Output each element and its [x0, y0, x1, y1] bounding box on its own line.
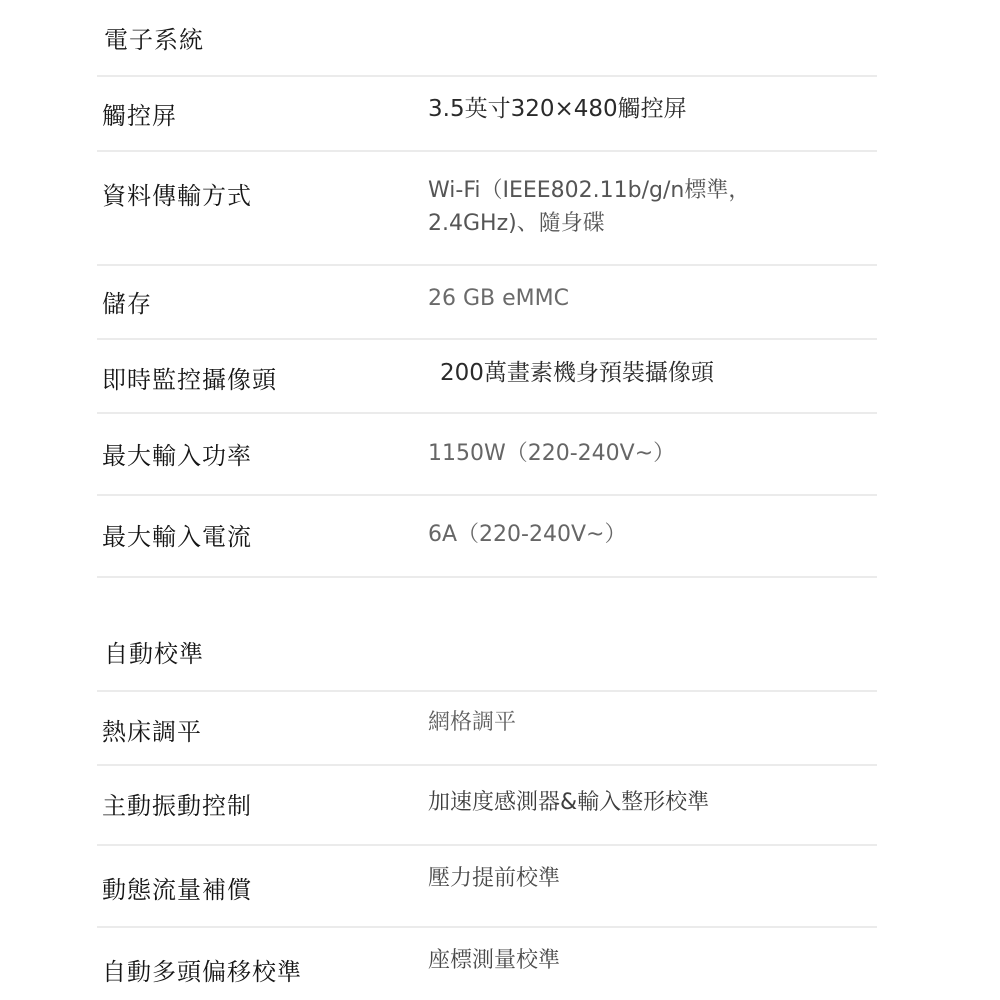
spec-label-data-transfer: 資料傳輸方式: [102, 176, 252, 211]
divider: [97, 412, 877, 414]
spec-label-max-current: 最大輸入電流: [102, 517, 252, 552]
divider: [97, 338, 877, 340]
spec-value-camera: 200萬畫素機身預裝攝像頭: [440, 356, 714, 390]
spec-value-vibration-control: 加速度感測器&輸入整形校準: [428, 786, 709, 820]
spec-label-bed-leveling: 熱床調平: [102, 712, 202, 747]
spec-label-vibration-control: 主動振動控制: [102, 786, 252, 821]
spec-value-storage: 26 GB eMMC: [428, 282, 569, 316]
spec-label-camera: 即時監控攝像頭: [102, 360, 277, 395]
spec-label-touchscreen: 觸控屏: [102, 96, 177, 131]
spec-value-data-transfer-line2: 2.4GHz)、隨身碟: [428, 207, 605, 241]
divider: [97, 150, 877, 152]
spec-label-flow-compensation: 動態流量補償: [102, 870, 252, 905]
spec-label-multi-head-offset: 自動多頭偏移校準: [102, 952, 302, 987]
spec-label-storage: 儲存: [102, 284, 152, 319]
spec-value-bed-leveling: 網格調平: [428, 706, 516, 740]
spec-label-max-power: 最大輸入功率: [102, 436, 252, 471]
divider: [97, 690, 877, 692]
divider: [97, 844, 877, 846]
spec-value-flow-compensation: 壓力提前校準: [428, 862, 560, 896]
section-title-auto-calibration: 自動校準: [104, 634, 204, 669]
spec-sheet: 電子系統 觸控屏 3.5英寸320×480觸控屏 資料傳輸方式 Wi-Fi（IE…: [0, 0, 1000, 1000]
divider: [97, 926, 877, 928]
spec-value-max-power: 1150W（220-240V~）: [428, 437, 675, 471]
spec-value-touchscreen: 3.5英寸320×480觸控屏: [428, 92, 687, 126]
spec-value-data-transfer-line1: Wi-Fi（IEEE802.11b/g/n標準，: [428, 174, 750, 208]
divider: [97, 75, 877, 77]
spec-value-max-current: 6A（220-240V~）: [428, 518, 626, 552]
spec-value-multi-head-offset: 座標測量校準: [428, 944, 560, 978]
divider: [97, 494, 877, 496]
divider: [97, 264, 877, 266]
divider: [97, 576, 877, 578]
section-title-electronics: 電子系統: [104, 20, 204, 55]
divider: [97, 764, 877, 766]
